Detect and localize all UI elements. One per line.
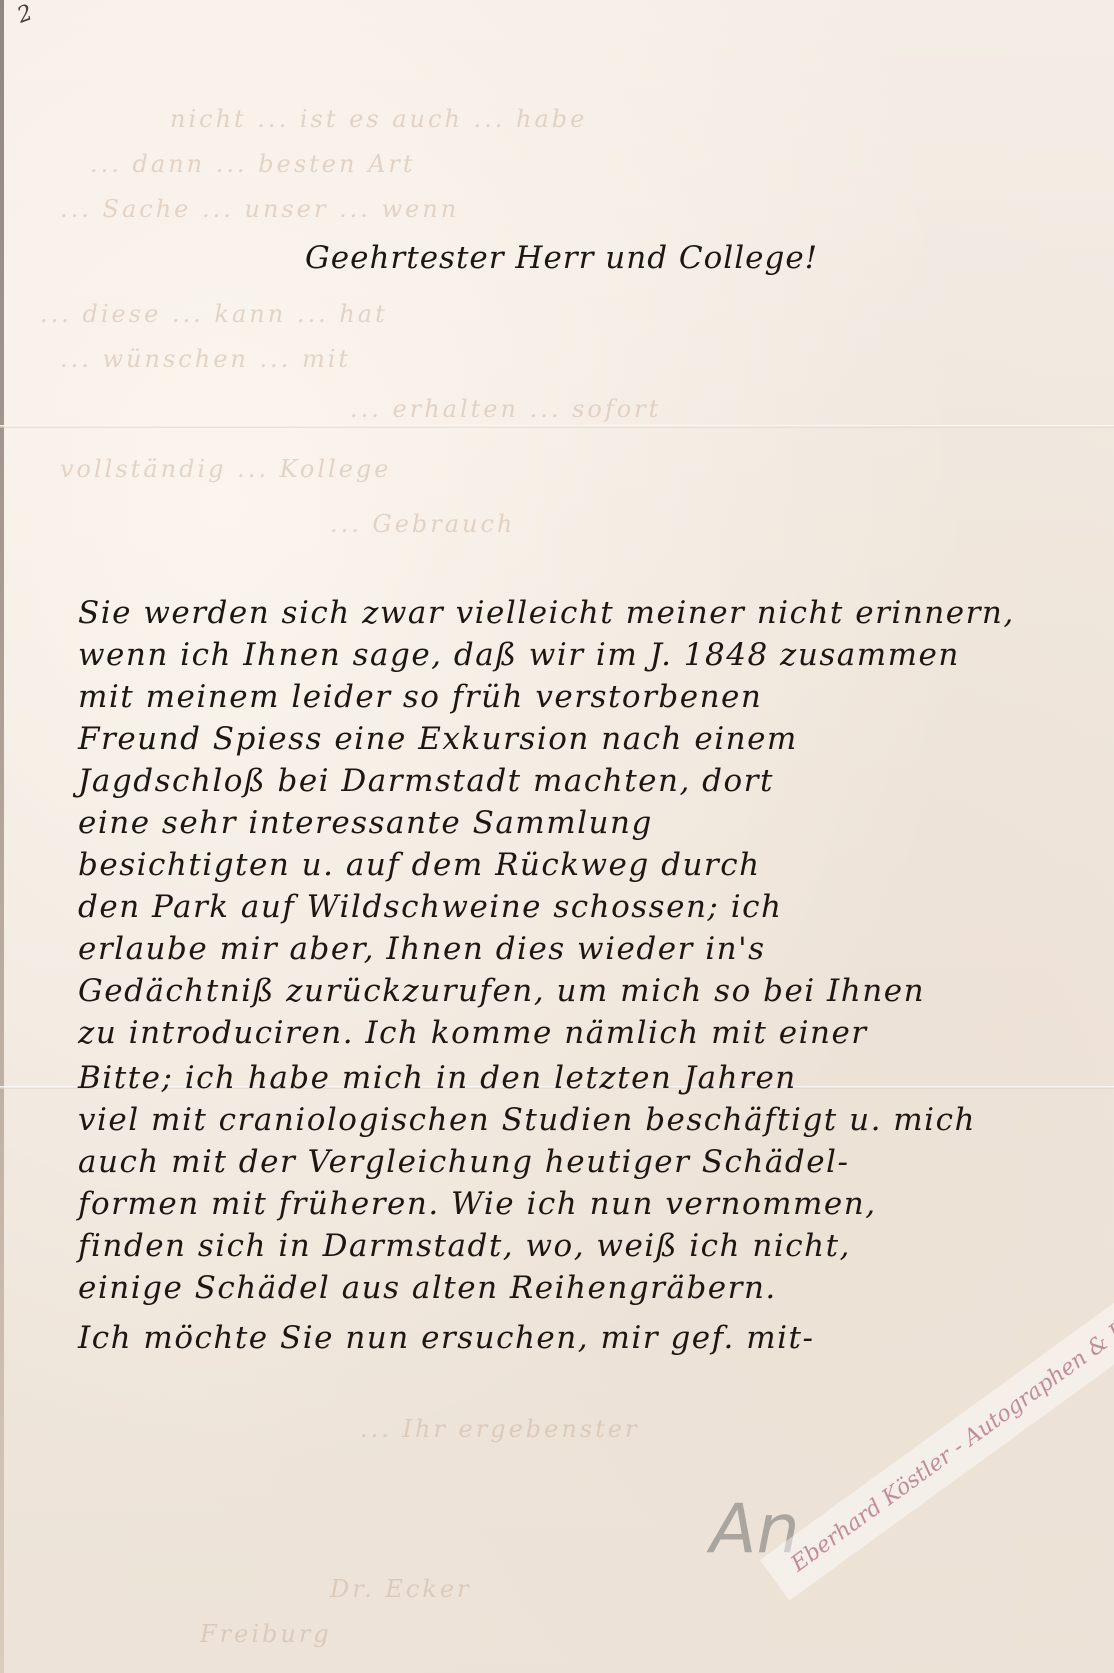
letter-line: mit meinem leider so früh verstorbenen bbox=[78, 679, 762, 715]
letter-line: eine sehr interessante Sammlung bbox=[78, 805, 653, 841]
letter-line: Ich möchte Sie nun ersuchen, mir gef. mi… bbox=[78, 1320, 814, 1356]
letter-line: Jagdschloß bei Darmstadt machten, dort bbox=[78, 763, 774, 799]
letter-line: viel mit craniologischen Studien beschäf… bbox=[78, 1102, 976, 1138]
letter-line: zu introduciren. Ich komme nämlich mit e… bbox=[78, 1015, 868, 1051]
letter-line: erlaube mir aber, Ihnen dies wieder in's bbox=[78, 931, 766, 967]
letter-line: besichtigten u. auf dem Rückweg durch bbox=[78, 847, 761, 883]
letter-line: den Park auf Wildschweine schossen; ich bbox=[78, 889, 782, 925]
letter-salutation: Geehrtester Herr und College! bbox=[305, 240, 818, 276]
letter-line: finden sich in Darmstadt, wo, weiß ich n… bbox=[78, 1228, 851, 1264]
fold-line bbox=[0, 425, 1114, 428]
letter-line: Sie werden sich zwar vielleicht meiner n… bbox=[78, 595, 1015, 631]
letter-line: Gedächtniß zurückzurufen, um mich so bei… bbox=[78, 973, 925, 1009]
letter-line: auch mit der Vergleichung heutiger Schäd… bbox=[78, 1144, 849, 1180]
page-edge-shadow bbox=[0, 0, 4, 1673]
letter-line: wenn ich Ihnen sage, daß wir im J. 1848 … bbox=[78, 637, 960, 673]
letter-line: einige Schädel aus alten Reihengräbern. bbox=[78, 1270, 777, 1306]
letter-line: Freund Spiess eine Exkursion nach einem bbox=[78, 721, 798, 757]
letter-line: formen mit früheren. Wie ich nun vernomm… bbox=[78, 1186, 877, 1222]
letter-line: Bitte; ich habe mich in den letzten Jahr… bbox=[78, 1060, 797, 1096]
